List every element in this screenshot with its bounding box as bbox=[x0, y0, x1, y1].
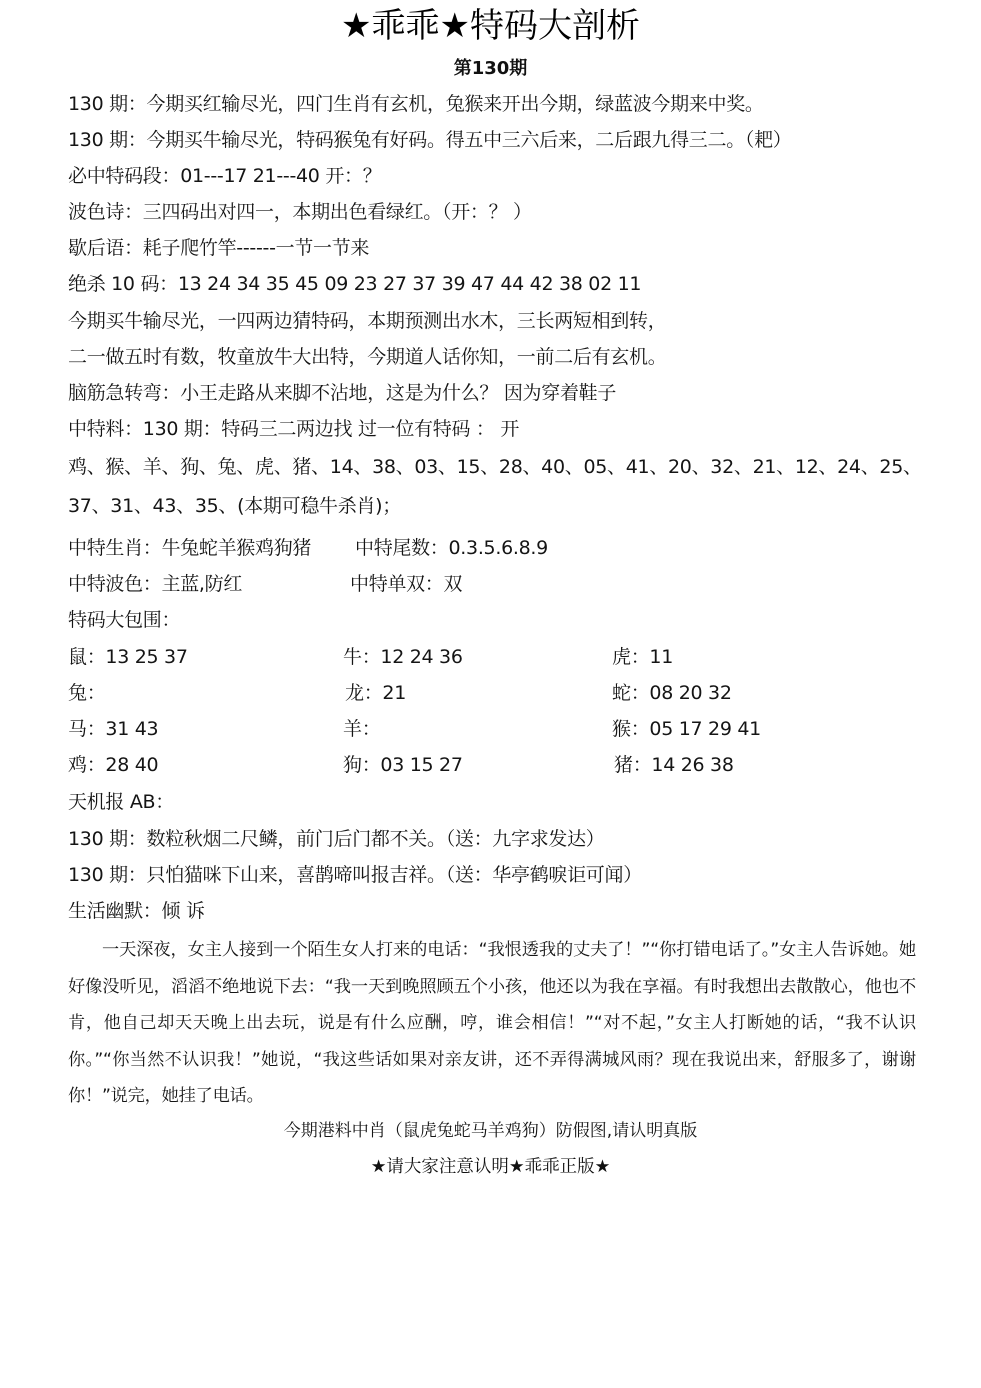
special-wave-color: 中特波色：主蓝,防红 bbox=[68, 571, 242, 597]
zodiac-name: 狗 bbox=[343, 754, 362, 776]
zodiac-numbers: 28 40 bbox=[105, 754, 158, 776]
special-material: 中特料：130 期：特码三二两边找 过一位有特码 ： 开 bbox=[68, 416, 519, 442]
kill-ten-numbers: 绝杀 10 码：13 24 34 35 45 09 23 27 37 39 47… bbox=[68, 271, 641, 297]
special-zodiac: 中特生肖：牛兔蛇羊猴鸡狗猪 bbox=[68, 535, 311, 561]
zodiac-numbers: 05 17 29 41 bbox=[649, 718, 761, 740]
tianji-line-2: 130 期：只怕猫咪下山来，喜鹊啼叫报吉祥。（送：华亭鹤唳讵可闻） bbox=[68, 862, 642, 888]
package-label: 特码大包围： bbox=[68, 607, 180, 633]
zodiac-name: 马 bbox=[68, 718, 87, 740]
issue-number: 第130期 bbox=[0, 56, 981, 82]
zodiac-name: 牛 bbox=[343, 646, 362, 668]
tianji-label: 天机报 AB： bbox=[68, 789, 174, 815]
number-list-line-2: 37、31、43、35、(本期可稳牛杀肖)； bbox=[68, 493, 401, 519]
zodiac-numbers: 12 24 36 bbox=[380, 646, 462, 668]
xiehouyu: 歇后语：耗子爬竹竿------一节一节来 bbox=[68, 235, 369, 261]
zodiac-name: 猴 bbox=[612, 718, 631, 740]
zodiac-cell: 蛇：08 20 32 bbox=[612, 680, 732, 706]
special-tail-digits: 中特尾数：0.3.5.6.8.9 bbox=[355, 535, 548, 561]
zodiac-numbers: 11 bbox=[649, 646, 673, 668]
zodiac-numbers: 21 bbox=[382, 682, 406, 704]
prediction-line-2: 130 期：今期买牛输尽光，特码猴兔有好码。得五中三六后来，二后跟九得三二。（耙… bbox=[68, 127, 792, 153]
zodiac-numbers: 14 26 38 bbox=[651, 754, 733, 776]
brain-teaser: 脑筋急转弯：小王走路从来脚不沾地，这是为什么？ 因为穿着鞋子 bbox=[68, 380, 616, 406]
poem-line-1: 今期买牛输尽光，一四两边猜特码，本期预测出水木，三长两短相到转， bbox=[68, 308, 666, 334]
zodiac-cell: 狗：03 15 27 bbox=[343, 752, 463, 778]
zodiac-numbers: 08 20 32 bbox=[649, 682, 731, 704]
zodiac-name: 羊 bbox=[343, 718, 362, 740]
humor-story: 一天深夜，女主人接到一个陌生女人打来的电话：“我恨透我的丈夫了！”“你打错电话了… bbox=[68, 932, 916, 1115]
zodiac-cell: 羊： bbox=[343, 716, 380, 742]
prediction-line-1: 130 期：今期买红输尽光，四门生肖有玄机，兔猴来开出今期，绿蓝波今期来中奖。 bbox=[68, 91, 764, 117]
tianji-line-1: 130 期：数粒秋烟二尺鳞，前门后门都不关。（送：九字求发达） bbox=[68, 826, 605, 852]
zodiac-cell: 鼠：13 25 37 bbox=[68, 644, 188, 670]
zodiac-cell: 虎：11 bbox=[612, 644, 673, 670]
footer-notice: 今期港料中肖（鼠虎兔蛇马羊鸡狗）防假图,请认明真版 bbox=[0, 1118, 981, 1144]
number-list-line-1: 鸡、猴、羊、狗、兔、虎、猪、14、38、03、15、28、40、05、41、20… bbox=[68, 454, 922, 480]
zodiac-name: 虎 bbox=[612, 646, 631, 668]
zodiac-name: 龙 bbox=[345, 682, 364, 704]
zodiac-cell: 猪：14 26 38 bbox=[614, 752, 734, 778]
zodiac-name: 鸡 bbox=[68, 754, 87, 776]
zodiac-numbers: 31 43 bbox=[105, 718, 158, 740]
zodiac-cell: 鸡：28 40 bbox=[68, 752, 158, 778]
zodiac-cell: 猴：05 17 29 41 bbox=[612, 716, 761, 742]
zodiac-numbers: 13 25 37 bbox=[105, 646, 187, 668]
special-odd-even: 中特单双：双 bbox=[350, 571, 462, 597]
humor-label: 生活幽默：倾 诉 bbox=[68, 898, 205, 924]
zodiac-name: 猪 bbox=[614, 754, 633, 776]
zodiac-numbers: 03 15 27 bbox=[380, 754, 462, 776]
zodiac-name: 鼠 bbox=[68, 646, 87, 668]
must-hit-range: 必中特码段：01---17 21---40 开：？ bbox=[68, 163, 381, 189]
zodiac-cell: 兔： bbox=[68, 680, 105, 706]
zodiac-cell: 龙：21 bbox=[345, 680, 406, 706]
footer-authenticity: ★请大家注意认明★乖乖正版★ bbox=[0, 1154, 981, 1180]
zodiac-cell: 马：31 43 bbox=[68, 716, 158, 742]
zodiac-name: 蛇 bbox=[612, 682, 631, 704]
wave-poem: 波色诗：三四码出对四一，本期出色看绿红。（开：？ ） bbox=[68, 199, 532, 225]
page-title: ★乖乖★特码大剖析 bbox=[0, 4, 981, 48]
poem-line-2: 二一做五时有数，牧童放牛大出特，今期道人话你知，一前二后有玄机。 bbox=[68, 344, 666, 370]
zodiac-cell: 牛：12 24 36 bbox=[343, 644, 463, 670]
zodiac-name: 兔 bbox=[68, 682, 87, 704]
